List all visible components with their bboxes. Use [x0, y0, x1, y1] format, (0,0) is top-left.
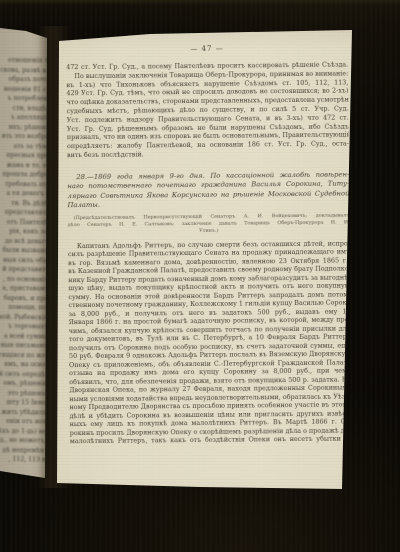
- continuation-paragraph: 472 ст. Уст. Гр. Суд., а посему Пантелѣе…: [66, 60, 349, 159]
- book-photo: отношенія 49скова, развѣ какобразъ почта…: [0, 0, 400, 552]
- left-page-text-column: отношенія 49скова, развѣ какобразъ почта…: [0, 56, 52, 487]
- case-body-paragraph: Капитанъ Адольфъ Риттеръ, по случаю смер…: [68, 239, 352, 446]
- text-line: представляла: [0, 208, 50, 218]
- text-line: ъ потребленъ: [0, 94, 52, 104]
- text-line: й представить: [0, 265, 49, 275]
- text-line: ямъ, на осно-: [0, 360, 48, 370]
- text-line: а, приставамъ: [0, 284, 49, 294]
- text-line: омъ, рѣшеніи: [0, 379, 47, 389]
- text-line: ной. Рыбенскій: [0, 312, 48, 322]
- text-line: еніи отъ нея: [0, 417, 47, 427]
- text-line: ныя письмамъ: [0, 341, 48, 351]
- text-line: , 112, 113 и: [0, 455, 46, 465]
- text-line: ить это возбра-: [0, 132, 51, 142]
- case-attribution: (Предсѣдательствовалъ Первоприсутствующі…: [68, 213, 350, 236]
- text-line: шту 15 Іюня: [0, 398, 47, 408]
- text-line: вить безъ послѣдствій.: [67, 148, 349, 160]
- text-line: баровъ, и при: [0, 293, 49, 303]
- text-line: дѣ непремѣн.: [0, 445, 46, 455]
- text-line: отношенія 49: [0, 56, 52, 66]
- text-line: а ея денегъ и: [0, 189, 50, 199]
- left-page: отношенія 49скова, развѣ какобразъ почта…: [0, 0, 56, 552]
- right-page-text-column: — 47 — 472 ст. Уст. Гр. Суд., а посему П…: [66, 43, 352, 445]
- text-line: были вызваны: [0, 246, 49, 256]
- text-line: отъ Пантелѣ-: [0, 217, 50, 227]
- case-heading: 28.—1869 года января 9-го дня. По кассац…: [67, 170, 349, 210]
- text-line: прошла добро-: [0, 170, 51, 180]
- text-line: д., не можетъ,: [0, 436, 46, 446]
- text-line: малолѣтнихъ Риттеръ, такъ какъ отъ бездѣ…: [70, 435, 352, 446]
- right-page: — 47 — 472 ст. Уст. Гр. Суд., а посему П…: [0, 0, 400, 552]
- text-line: пресныя при-: [0, 151, 51, 161]
- page-number: — 47 —: [66, 43, 348, 54]
- text-line: скова, развѣ как: [0, 65, 52, 75]
